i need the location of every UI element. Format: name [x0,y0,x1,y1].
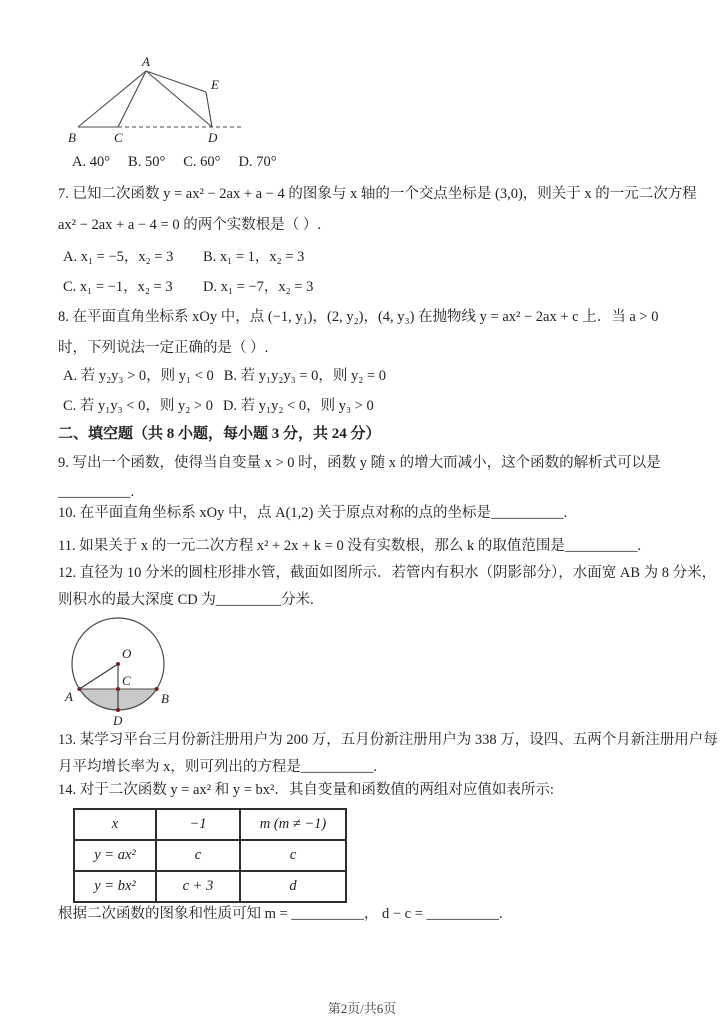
question-8-line-1: 8. 在平面直角坐标系 xOy 中，点 (−1, y₁)，(2, y₂)，(4,… [58,307,658,327]
question-7-line-1: 7. 已知二次函数 y = ax² − 2ax + a − 4 的图象与 x 轴… [58,184,697,204]
q6-option-c: C. 60° [183,152,220,172]
question-7-options-row-2: C. x₁ = −1，x₂ = 3 D. x₁ = −7，x₂ = 3 [63,277,313,297]
q8-option-a: A. 若 y₂y₃ > 0，则 y₁ < 0 [63,366,214,386]
exam-page: A B C D E A. 40° B. 50° C. 60° D. 70° 7.… [0,0,724,1024]
question-14-table: x −1 m (m ≠ −1) y = ax² c c y = bx² c + … [73,808,347,903]
q7-option-b: B. x₁ = 1，x₂ = 3 [203,247,304,267]
table-cell: m (m ≠ −1) [240,809,346,840]
circle-figure: O A B C D [58,612,253,730]
q7-option-c: C. x₁ = −1，x₂ = 3 [63,277,203,297]
q6-option-d: D. 70° [239,152,277,172]
question-7-options-row-1: A. x₁ = −5，x₂ = 3 B. x₁ = 1，x₂ = 3 [63,247,304,267]
table-cell: −1 [156,809,240,840]
question-14-intro: 14. 对于二次函数 y = ax² 和 y = bx²．其自变量和函数值的两组… [58,780,554,800]
q8-option-c: C. 若 y₁y₃ < 0，则 y₂ > 0 [63,396,213,416]
question-8-options-row-2: C. 若 y₁y₃ < 0，则 y₂ > 0 D. 若 y₁y₂ < 0，则 y… [63,396,374,416]
table-row: y = bx² c + 3 d [74,871,346,902]
question-13-line-1: 13. 某学习平台三月份新注册用户为 200 万，五月份新注册用户为 338 万… [58,730,718,750]
table-cell: y = bx² [74,871,156,902]
question-7-line-2: ax² − 2ax + a − 4 = 0 的两个实数根是（ ）. [58,215,321,235]
table-cell: c [156,840,240,871]
question-9-line-1: 9. 写出一个函数，使得当自变量 x > 0 时，函数 y 随 x 的增大而减小… [58,453,661,473]
circle-label-b: B [161,691,169,706]
q8-option-d: D. 若 y₁y₂ < 0，则 y₃ > 0 [223,396,374,416]
vertex-label-d: D [207,130,218,145]
question-8-options-row-1: A. 若 y₂y₃ > 0，则 y₁ < 0 B. 若 y₁y₂y₃ = 0，则… [63,366,386,386]
table-cell: y = ax² [74,840,156,871]
table-cell: c [240,840,346,871]
q8-option-b: B. 若 y₁y₂y₃ = 0，则 y₂ = 0 [224,366,386,386]
q7-option-d: D. x₁ = −7，x₂ = 3 [203,277,313,297]
q7-option-a: A. x₁ = −5，x₂ = 3 [63,247,203,267]
question-12-line-1: 12. 直径为 10 分米的圆柱形排水管，截面如图所示．若管内有积水（阴影部分）… [58,563,716,583]
question-9-blank-line: __________. [58,482,134,502]
vertex-label-b: B [68,130,76,145]
vertex-label-c: C [114,130,123,145]
vertex-label-e: E [210,77,219,92]
question-14-conclusion: 根据二次函数的图象和性质可知 m = __________， d − c = _… [58,904,503,924]
circle-label-o: O [122,646,132,661]
circle-label-c: C [122,673,131,688]
circle-label-d: D [112,713,123,728]
table-row: y = ax² c c [74,840,346,871]
table-cell: d [240,871,346,902]
question-10-line: 10. 在平面直角坐标系 xOy 中，点 A(1,2) 关于原点对称的点的坐标是… [58,503,567,523]
question-8-line-2: 时，下列说法一定正确的是（ ）. [58,338,268,358]
vertex-label-a: A [141,55,150,69]
triangle-figure: A B C D E [60,55,247,147]
question-11-line: 11. 如果关于 x 的一元二次方程 x² + 2x + k = 0 没有实数根… [58,536,641,556]
table-row: x −1 m (m ≠ −1) [74,809,346,840]
page-number-indicator: 第2页/共6页 [0,998,724,1017]
question-12-line-2: 则积水的最大深度 CD 为_________分米. [58,590,314,610]
q6-option-a: A. 40° [72,152,110,172]
table-cell: c + 3 [156,871,240,902]
circle-label-a: A [64,689,73,704]
question-13-line-2: 月平均增长率为 x，则可列出的方程是__________. [58,757,377,777]
question-6-options: A. 40° B. 50° C. 60° D. 70° [72,152,277,172]
q6-option-b: B. 50° [128,152,165,172]
table-cell: x [74,809,156,840]
section-2-header: 二、填空题（共 8 小题，每小题 3 分，共 24 分） [58,424,381,444]
